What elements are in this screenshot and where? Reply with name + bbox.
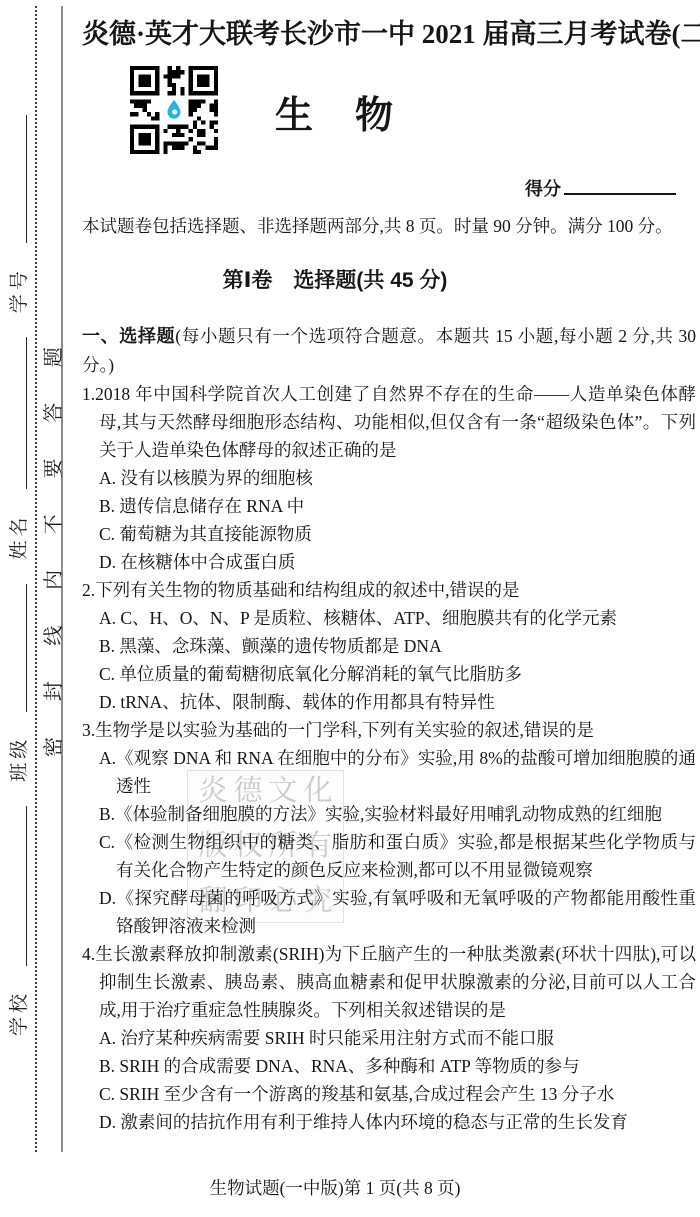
- seal-char: 要: [37, 458, 66, 478]
- question-1: 1.2018 年中国科学院首次人工创建了自然界不存在的生命——人造单染色体酵母,…: [82, 380, 696, 576]
- question-option: C.《检测生物组织中的糖类、脂肪和蛋白质》实验,都是根据某些化学物质与有关化合物…: [99, 828, 696, 884]
- score-label: 得分: [525, 179, 561, 199]
- part1-intro: 一、选择题(每小题只有一个选项符合题意。本题共 15 小题,每小题 2 分,共 …: [82, 322, 696, 380]
- info-label-1: 学校: [4, 990, 31, 1036]
- page-footer: 生物试题(一中版)第 1 页(共 8 页): [82, 1175, 588, 1200]
- seal-char: 密: [37, 737, 66, 757]
- exam-title: 炎德·英才大联考长沙市一中 2021 届高三月考试卷(二): [82, 12, 696, 51]
- question-3: 3.生物学是以实验为基础的一门学科,下列有关实验的叙述,错误的是A.《观察 DN…: [82, 716, 696, 940]
- score-box: 得分: [525, 173, 676, 201]
- seal-char: 封: [37, 681, 66, 701]
- part1-label: 一、选择题: [82, 326, 175, 346]
- exam-page: 学校班级姓名学号 密封线内不要答题 炎德文化 版权所有 翻印必究 炎德·英才大联…: [0, 0, 700, 1217]
- seal-char: 答: [37, 403, 66, 423]
- info-label-4: 学号: [4, 267, 31, 313]
- seal-char: 内: [37, 570, 66, 590]
- question-option: A. 没有以核膜为界的细胞核: [99, 464, 696, 492]
- question-option: B. 遗传信息储存在 RNA 中: [99, 492, 696, 520]
- question-stem: 1.2018 年中国科学院首次人工创建了自然界不存在的生命——人造单染色体酵母,…: [82, 380, 696, 464]
- exam-instructions: 本试题卷包括选择题、非选择题两部分,共 8 页。时量 90 分钟。满分 100 …: [82, 212, 696, 240]
- question-4: 4.生长激素释放抑制激素(SRIH)为下丘脑产生的一种肽类激素(环状十四肽),可…: [82, 940, 696, 1136]
- question-option: D. 激素间的拮抗作用有利于维持人体内环境的稳态与正常的生长发育: [99, 1108, 696, 1136]
- question-stem: 4.生长激素释放抑制激素(SRIH)为下丘脑产生的一种肽类激素(环状十四肽),可…: [82, 940, 696, 1024]
- info-blank-line: [7, 806, 28, 966]
- question-option: A. 治疗某种疾病需要 SRIH 时只能采用注射方式而不能口服: [99, 1024, 696, 1052]
- question-option: B. SRIH 的合成需要 DNA、RNA、多种酶和 ATP 等物质的参与: [99, 1052, 696, 1080]
- info-label-2: 班级: [4, 736, 31, 782]
- question-option: C. SRIH 至少含有一个游离的羧基和氨基,合成过程会产生 13 分子水: [99, 1080, 696, 1108]
- subject-title: 生 物: [82, 84, 588, 139]
- questions-list: 1.2018 年中国科学院首次人工创建了自然界不存在的生命——人造单染色体酵母,…: [82, 380, 696, 1136]
- question-option: A.《观察 DNA 和 RNA 在细胞中的分布》实验,用 8%的盐酸可增加细胞膜…: [99, 744, 696, 800]
- question-option: D.《探究酵母菌的呼吸方式》实验,有氧呼吸和无氧呼吸的产物都能用酸性重铬酸钾溶液…: [99, 884, 696, 940]
- seal-warning-text: 密封线内不要答题: [39, 347, 63, 757]
- question-2: 2.下列有关生物的物质基础和结构组成的叙述中,错误的是A. C、H、O、N、P …: [82, 576, 696, 716]
- question-option: B.《体验制备细胞膜的方法》实验,实验材料最好用哺乳动物成熟的红细胞: [99, 800, 696, 828]
- question-option: D. tRNA、抗体、限制酶、载体的作用都具有特异性: [99, 688, 696, 716]
- question-stem: 3.生物学是以实验为基础的一门学科,下列有关实验的叙述,错误的是: [82, 716, 696, 744]
- seal-char: 不: [37, 514, 66, 534]
- question-option: B. 黑藻、念珠藻、颤藻的遗传物质都是 DNA: [99, 632, 696, 660]
- question-stem: 2.下列有关生物的物质基础和结构组成的叙述中,错误的是: [82, 576, 696, 604]
- question-option: C. 单位质量的葡萄糖彻底氧化分解消耗的氧气比脂肪多: [99, 660, 696, 688]
- info-label-3: 姓名: [4, 513, 31, 559]
- question-option: D. 在核糖体中合成蛋白质: [99, 548, 696, 576]
- student-info-rail: 学校班级姓名学号: [3, 115, 31, 1036]
- info-blank-line: [7, 115, 28, 243]
- info-blank-line: [7, 337, 28, 489]
- section-heading: 第Ⅰ卷 选择题(共 45 分): [82, 264, 588, 294]
- score-blank: [564, 173, 676, 195]
- part1-note: (每小题只有一个选项符合题意。本题共 15 小题,每小题 2 分,共 30 分。…: [82, 326, 696, 375]
- info-blank-line: [7, 584, 28, 712]
- seal-char: 题: [37, 347, 66, 367]
- question-option: C. 葡萄糖为其直接能源物质: [99, 520, 696, 548]
- seal-char: 线: [37, 626, 66, 646]
- question-option: A. C、H、O、N、P 是质粒、核糖体、ATP、细胞膜共有的化学元素: [99, 604, 696, 632]
